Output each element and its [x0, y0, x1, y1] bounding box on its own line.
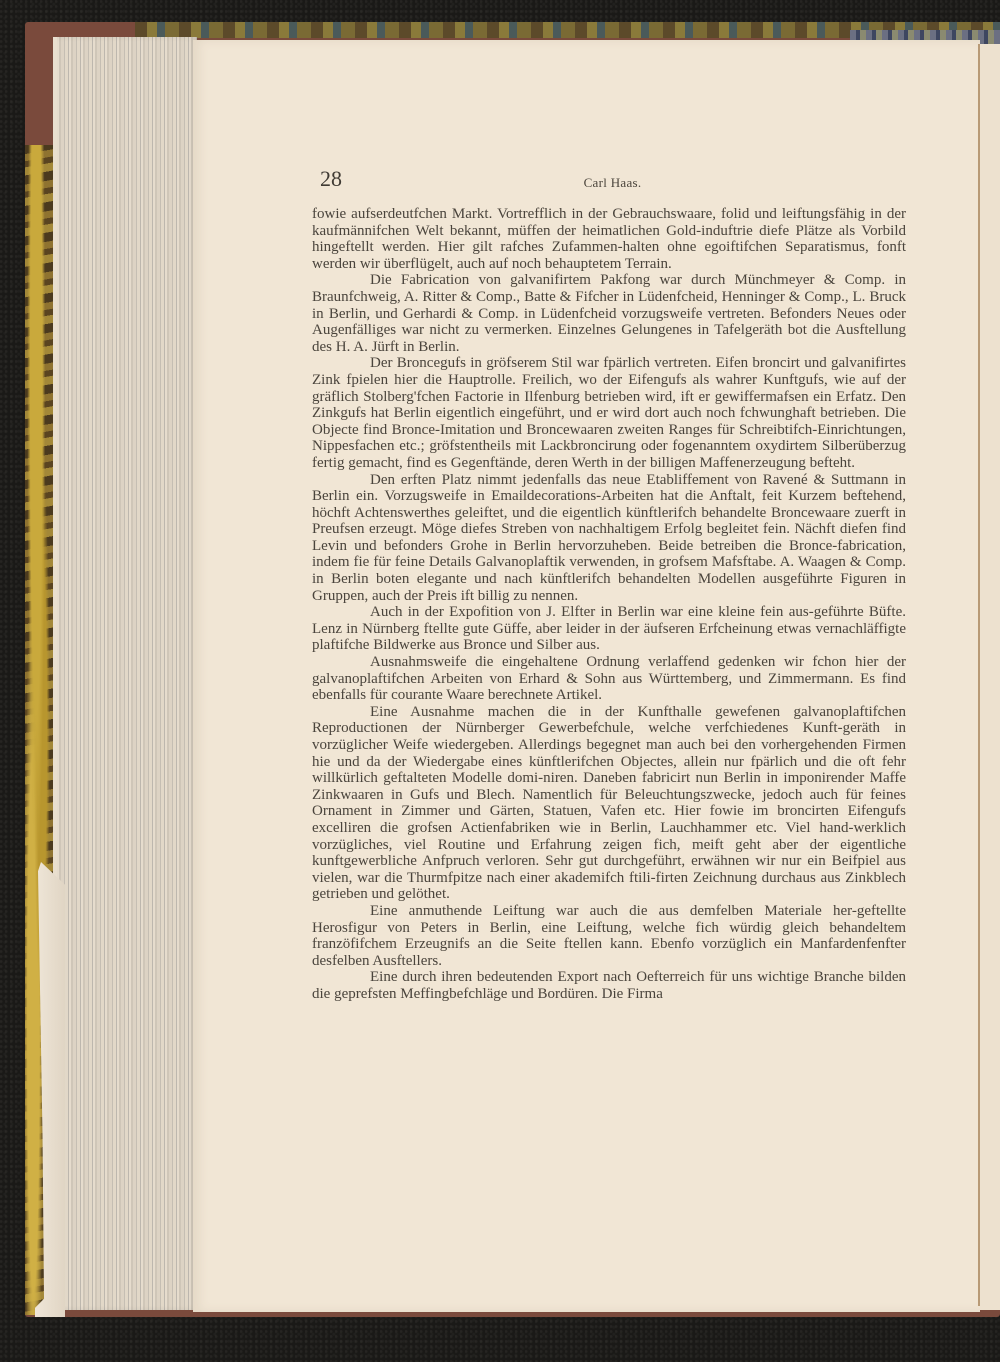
- paragraph: fowie aufserdeutfchen Markt. Vortrefflic…: [312, 206, 906, 272]
- page-header: 28 Carl Haas.: [320, 166, 905, 196]
- running-head: Carl Haas.: [320, 175, 905, 191]
- body-text: fowie aufserdeutfchen Markt. Vortrefflic…: [312, 206, 906, 1003]
- gutter: [978, 44, 980, 1306]
- page-stack: [57, 37, 197, 1310]
- paragraph: Ausnahmsweife die eingehaltene Ordnung v…: [312, 654, 906, 704]
- paragraph: Die Fabrication von galvanifirtem Pakfon…: [312, 272, 906, 355]
- paragraph: Eine anmuthende Leiftung war auch die au…: [312, 903, 906, 969]
- paragraph: Auch in der Expofition von J. Elfter in …: [312, 604, 906, 654]
- paragraph: Eine Ausnahme machen die in der Kunfthal…: [312, 704, 906, 903]
- paragraph: Den erften Platz nimmt jedenfalls das ne…: [312, 472, 906, 605]
- paragraph: Der Broncegufs in gröfserem Stil war fpä…: [312, 355, 906, 471]
- facing-page-edge: [980, 44, 1000, 1310]
- paragraph: Eine durch ihren bedeutenden Export nach…: [312, 969, 906, 1002]
